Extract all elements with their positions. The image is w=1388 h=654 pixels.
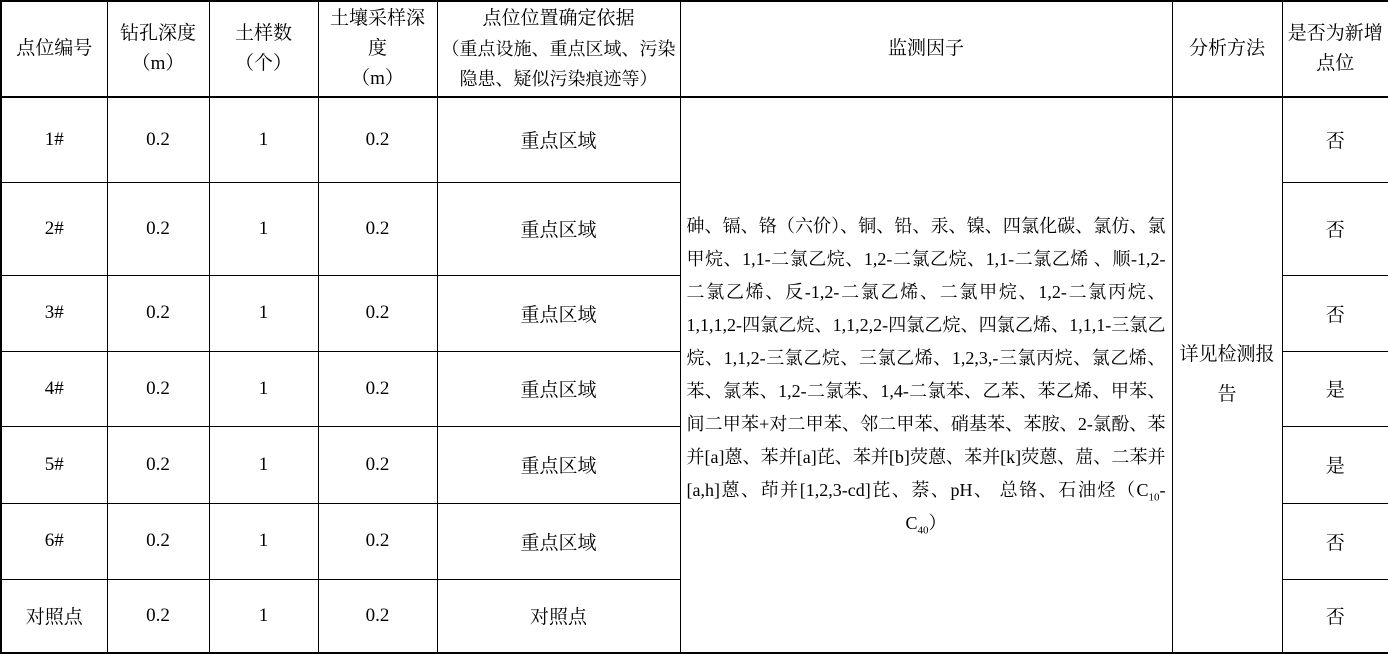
location-basis-cell: 重点区域 <box>437 182 680 275</box>
sampling-depth-cell: 0.2 <box>318 503 437 579</box>
drill-depth-cell: 0.2 <box>107 275 209 351</box>
point-id-cell: 3# <box>1 275 107 351</box>
header-sampling-depth: 土壤采样深度 （m） <box>318 1 437 97</box>
soil-samples-cell: 1 <box>209 351 318 426</box>
header-location-basis-note: （重点设施、重点区域、污染隐患、疑似污染痕迹等） <box>442 34 676 94</box>
location-basis-cell: 重点区域 <box>437 503 680 579</box>
sampling-depth-cell: 0.2 <box>318 579 437 653</box>
sampling-depth-cell: 0.2 <box>318 182 437 275</box>
soil-samples-cell: 1 <box>209 97 318 182</box>
sampling-depth-cell: 0.2 <box>318 275 437 351</box>
is-new-cell: 是 <box>1282 426 1388 503</box>
header-monitoring-factors: 监测因子 <box>680 1 1172 97</box>
soil-samples-cell: 1 <box>209 275 318 351</box>
header-analysis-method: 分析方法 <box>1172 1 1282 97</box>
header-sampling-depth-unit: （m） <box>323 64 433 94</box>
is-new-cell: 是 <box>1282 351 1388 426</box>
header-point-id: 点位编号 <box>1 1 107 97</box>
location-basis-cell: 重点区域 <box>437 275 680 351</box>
monitoring-factors-part3: ） <box>929 513 947 533</box>
header-row: 点位编号 钻孔深度 （m） 土样数 （个） 土壤采样深度 （m） 点位位置确定依… <box>1 1 1388 97</box>
location-basis-cell: 重点区域 <box>437 97 680 182</box>
sampling-depth-cell: 0.2 <box>318 426 437 503</box>
location-basis-cell: 重点区域 <box>437 426 680 503</box>
header-drill-depth-unit: （m） <box>112 49 205 79</box>
location-basis-cell: 重点区域 <box>437 351 680 426</box>
header-is-new-point: 是否为新增点位 <box>1282 1 1388 97</box>
point-id-cell: 1# <box>1 97 107 182</box>
table-row: 1# 0.2 1 0.2 重点区域 砷、镉、铬（六价）、铜、铅、汞、镍、四氯化碳… <box>1 97 1388 182</box>
analysis-method-cell: 详见检测报告 <box>1172 97 1282 653</box>
is-new-cell: 否 <box>1282 579 1388 653</box>
point-id-cell: 对照点 <box>1 579 107 653</box>
drill-depth-cell: 0.2 <box>107 97 209 182</box>
soil-samples-cell: 1 <box>209 182 318 275</box>
point-id-cell: 2# <box>1 182 107 275</box>
soil-samples-cell: 1 <box>209 426 318 503</box>
header-location-basis: 点位位置确定依据 （重点设施、重点区域、污染隐患、疑似污染痕迹等） <box>437 1 680 97</box>
monitoring-factors-text: 砷、镉、铬（六价）、铜、铅、汞、镍、四氯化碳、氯仿、氯甲烷、1,1-二氯乙烷、1… <box>687 210 1166 540</box>
soil-samples-cell: 1 <box>209 579 318 653</box>
header-drill-depth: 钻孔深度 （m） <box>107 1 209 97</box>
header-location-basis-title: 点位位置确定依据 <box>442 4 676 34</box>
point-id-cell: 4# <box>1 351 107 426</box>
drill-depth-cell: 0.2 <box>107 351 209 426</box>
sampling-depth-cell: 0.2 <box>318 351 437 426</box>
drill-depth-cell: 0.2 <box>107 426 209 503</box>
header-drill-depth-label: 钻孔深度 <box>112 19 205 49</box>
point-id-cell: 5# <box>1 426 107 503</box>
header-soil-samples-unit: （个） <box>214 49 314 79</box>
drill-depth-cell: 0.2 <box>107 182 209 275</box>
monitoring-factors-part1: 砷、镉、铬（六价）、铜、铅、汞、镍、四氯化碳、氯仿、氯甲烷、1,1-二氯乙烷、1… <box>687 216 1166 500</box>
location-basis-cell: 对照点 <box>437 579 680 653</box>
drill-depth-cell: 0.2 <box>107 503 209 579</box>
header-sampling-depth-label: 土壤采样深度 <box>330 8 425 59</box>
is-new-cell: 否 <box>1282 275 1388 351</box>
is-new-cell: 否 <box>1282 97 1388 182</box>
header-soil-samples: 土样数 （个） <box>209 1 318 97</box>
header-soil-samples-label: 土样数 <box>214 19 314 49</box>
drill-depth-cell: 0.2 <box>107 579 209 653</box>
carbon-range-subscript-start: 10 <box>1149 492 1160 504</box>
sampling-points-table: 点位编号 钻孔深度 （m） 土样数 （个） 土壤采样深度 （m） 点位位置确定依… <box>0 0 1388 654</box>
is-new-cell: 否 <box>1282 503 1388 579</box>
carbon-range-subscript-end: 40 <box>918 525 929 537</box>
point-id-cell: 6# <box>1 503 107 579</box>
is-new-cell: 否 <box>1282 182 1388 275</box>
sampling-depth-cell: 0.2 <box>318 97 437 182</box>
monitoring-factors-cell: 砷、镉、铬（六价）、铜、铅、汞、镍、四氯化碳、氯仿、氯甲烷、1,1-二氯乙烷、1… <box>680 97 1172 653</box>
soil-samples-cell: 1 <box>209 503 318 579</box>
